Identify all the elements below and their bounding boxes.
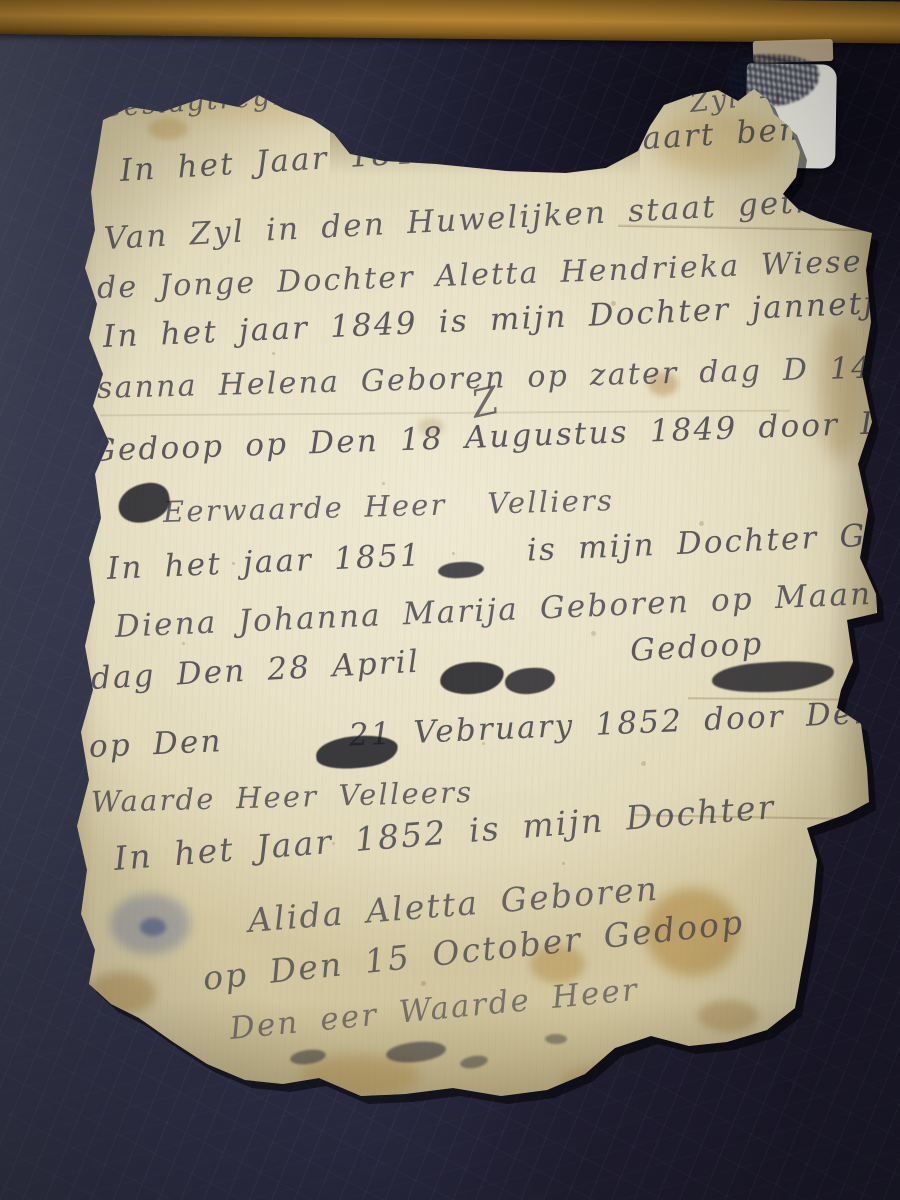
faint-ink-mark xyxy=(459,1054,489,1071)
paper-stain xyxy=(698,1000,758,1032)
paper-stain xyxy=(86,972,156,1014)
blue-ink-smudge xyxy=(140,918,166,936)
wooden-table-edge xyxy=(0,0,900,44)
handwritten-line: In het Jaar 1847 den 15 Maart ben i xyxy=(119,112,835,187)
paper-stain xyxy=(300,1055,420,1097)
blue-ink-smudge xyxy=(110,894,190,954)
paper-stain xyxy=(148,118,188,140)
handwritten-line: op Den 21 Vebruary 1852 door Den E xyxy=(88,696,900,763)
handwritten-line: Van Zyl in den Huwelijken staat getred xyxy=(103,185,855,255)
paper-edge-shade-left xyxy=(60,100,96,1010)
handwritten-line: Eerwaarde Heer Velliers xyxy=(163,486,615,527)
handwritten-line: In het jaar 1851 is mijn Dochter Gerh xyxy=(106,518,900,585)
handwritten-line: Waarde Heer Velleers xyxy=(91,778,474,817)
handwritten-line-title: Geslagtregister van xyxy=(99,73,421,122)
faint-ink-mark xyxy=(385,1039,447,1065)
faint-ink-mark xyxy=(289,1048,327,1067)
faint-ink-mark xyxy=(545,1034,567,1044)
photo-stage: Geslagtregister van Zyl — In het Jaar 18… xyxy=(0,0,900,1200)
